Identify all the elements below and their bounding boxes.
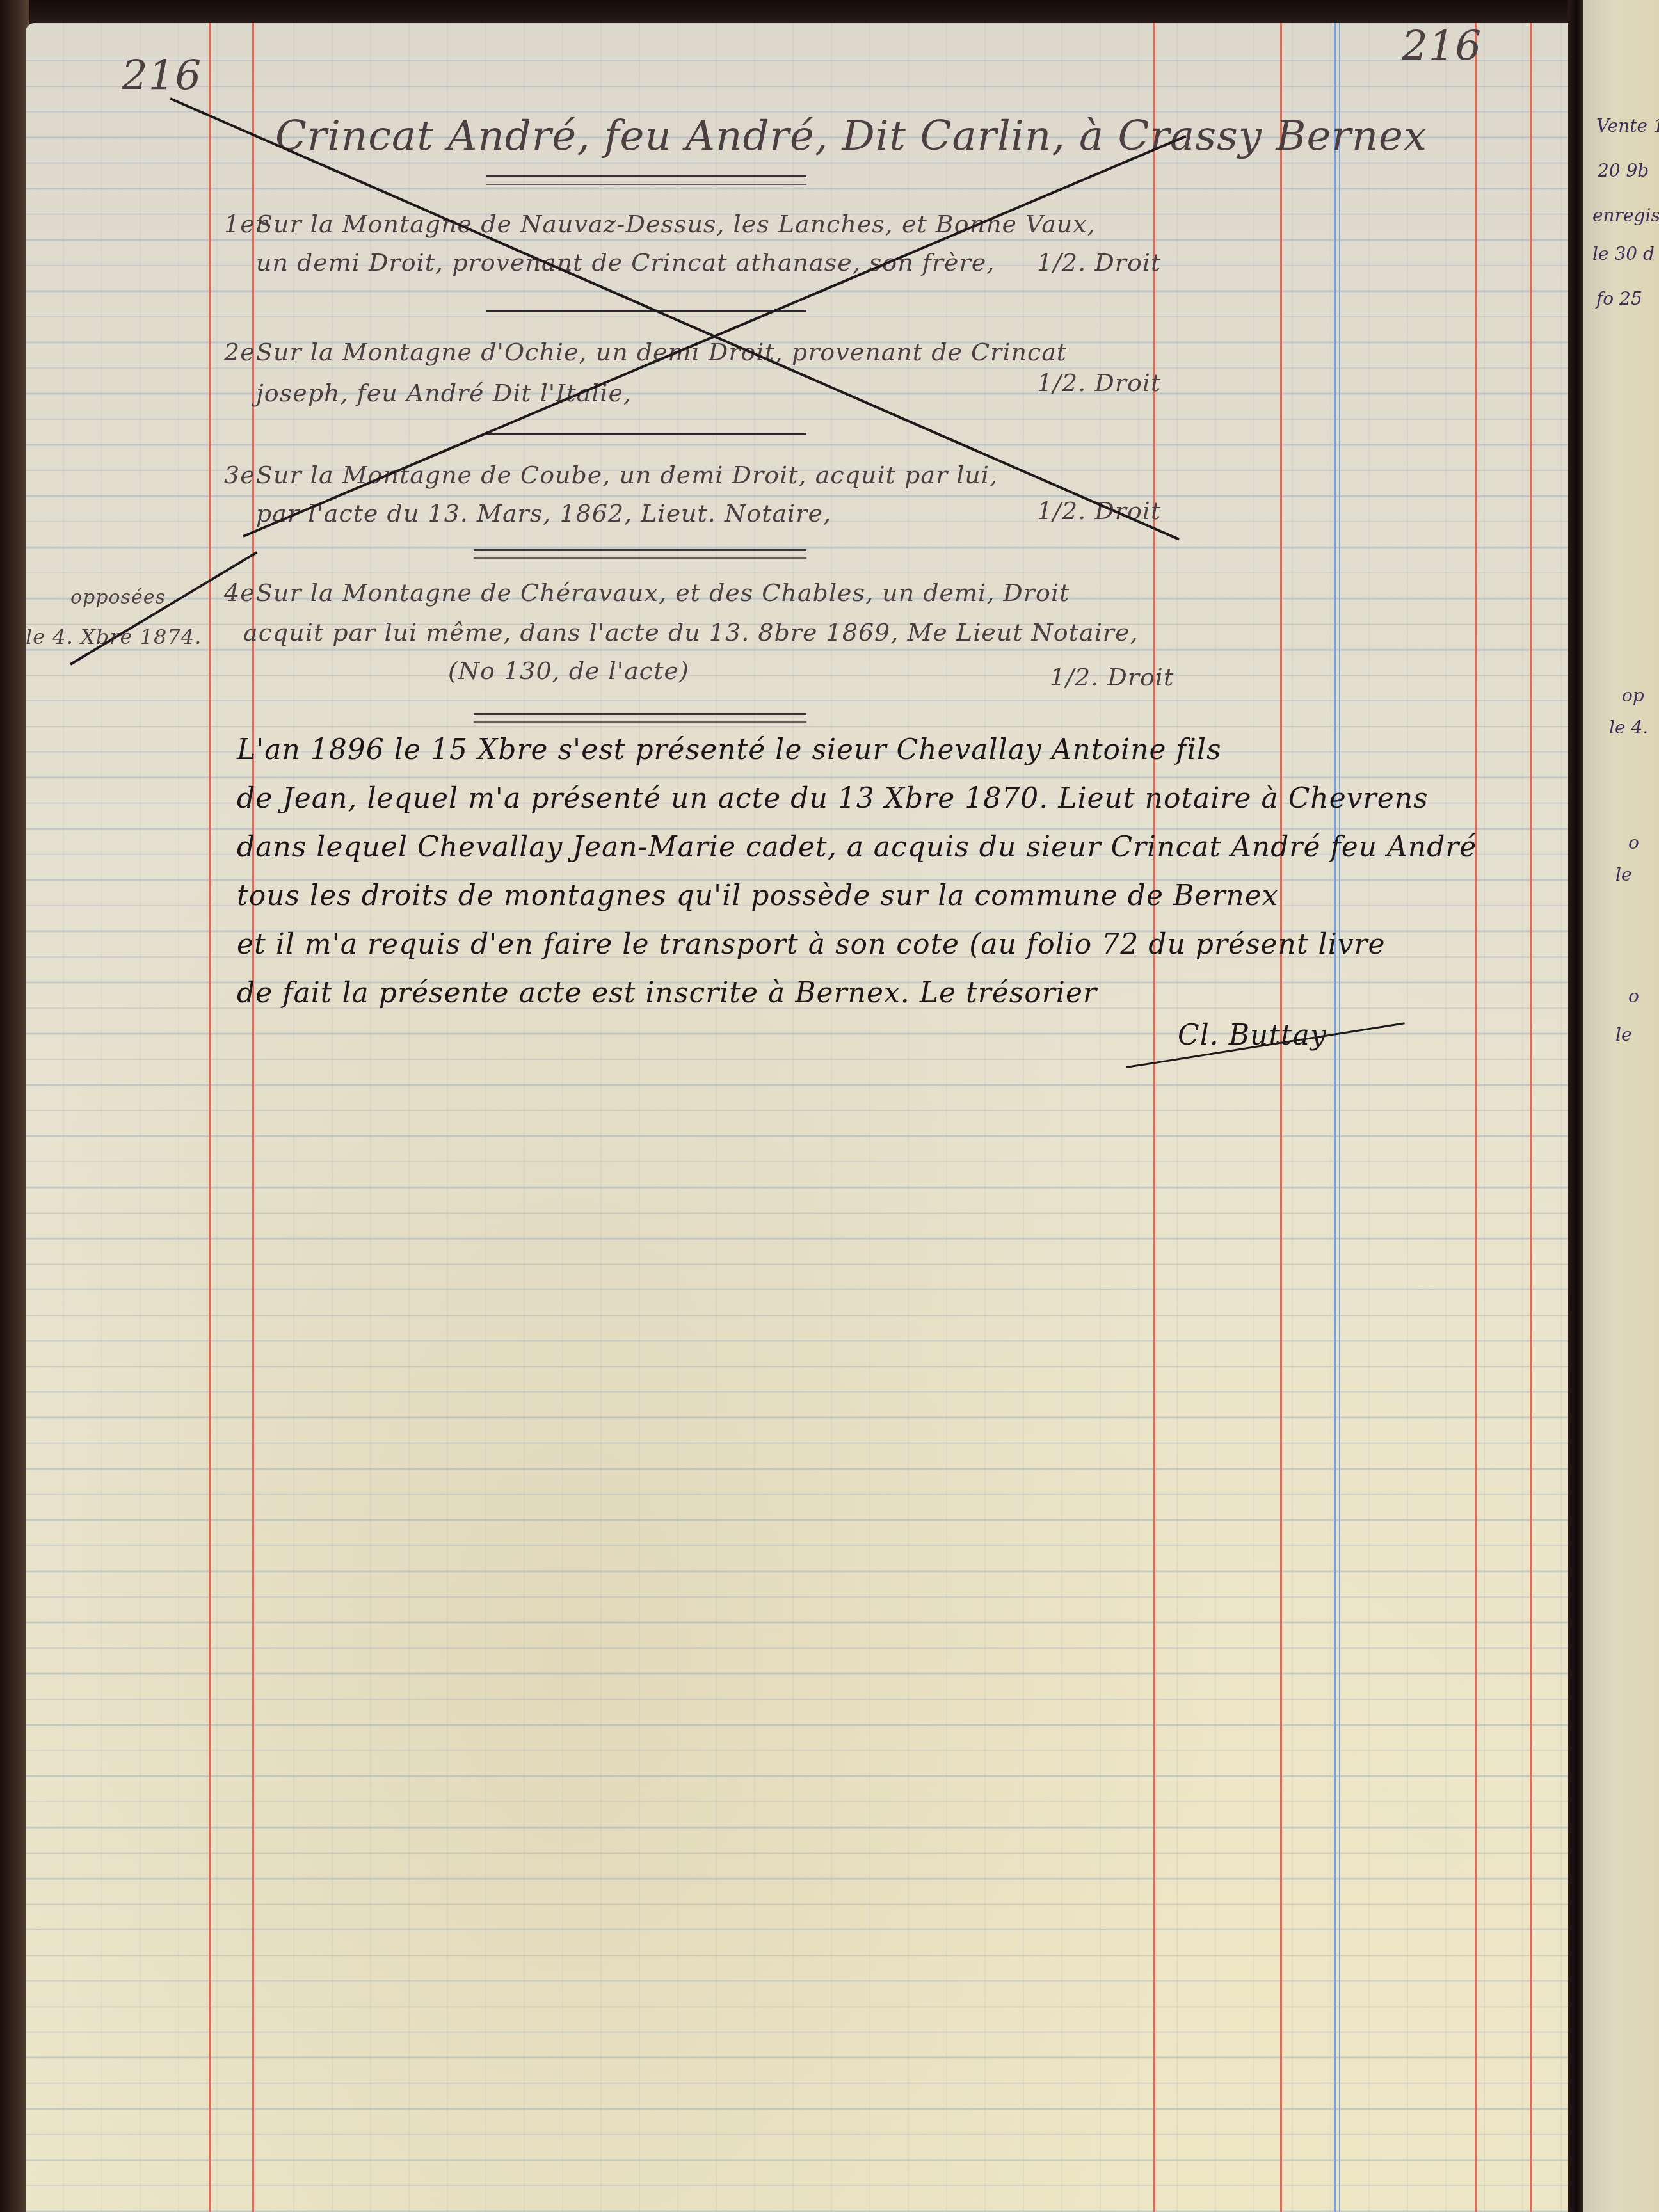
adjacent-note: o bbox=[1628, 986, 1639, 1007]
adjacent-page: Vente 1. 20 9b enregist le 30 d fo 25 op… bbox=[1583, 0, 1659, 2212]
book-top-edge bbox=[0, 0, 1659, 26]
column-rule-1 bbox=[1153, 23, 1155, 2212]
header-rule bbox=[486, 175, 806, 185]
column-rule-blue-b bbox=[1339, 23, 1340, 2212]
adjacent-note: enregist bbox=[1592, 205, 1659, 226]
adjacent-note: le bbox=[1615, 864, 1632, 885]
share-amount: 1/2. Droit bbox=[1037, 497, 1161, 525]
column-rule-4 bbox=[1530, 23, 1532, 2212]
adjacent-note: o bbox=[1628, 832, 1639, 853]
adjacent-note: le 4. bbox=[1609, 717, 1648, 738]
adjacent-note: le 30 d bbox=[1592, 243, 1655, 264]
column-rule-3 bbox=[1475, 23, 1477, 2212]
entry-number: 2e bbox=[224, 338, 255, 366]
folio-number-left: 216 bbox=[122, 52, 202, 100]
adjacent-note: 20 9b bbox=[1598, 160, 1649, 181]
margin-rule-1 bbox=[209, 23, 211, 2212]
ledger-page: 216 216 Crincat André, feu André, Dit Ca… bbox=[26, 23, 1575, 2212]
entry-line: joseph, feu André Dit l'Italie, bbox=[256, 379, 632, 407]
entry-line: (No 130, de l'acte) bbox=[448, 657, 689, 685]
entry-line: par l'acte du 13. Mars, 1862, Lieut. Not… bbox=[256, 499, 831, 527]
adjacent-note: op bbox=[1622, 685, 1644, 706]
folio-number-right: 216 bbox=[1402, 23, 1482, 70]
transfer-note-line: et il m'a requis d'en faire le transport… bbox=[237, 928, 1386, 961]
column-rule-2 bbox=[1280, 23, 1282, 2212]
entry-separator bbox=[474, 713, 806, 723]
adjacent-note: fo 25 bbox=[1596, 288, 1642, 309]
adjacent-note: Vente 1. bbox=[1596, 115, 1659, 136]
transfer-note-line: dans lequel Chevallay Jean-Marie cadet, … bbox=[237, 831, 1477, 863]
share-amount: 1/2. Droit bbox=[1050, 663, 1174, 691]
transfer-note-line: tous les droits de montagnes qu'il possè… bbox=[237, 879, 1279, 912]
column-rule-blue-a bbox=[1334, 23, 1336, 2212]
share-amount: 1/2. Droit bbox=[1037, 248, 1161, 276]
book-gutter bbox=[1568, 0, 1585, 2212]
entry-line: Sur la Montagne de Nauvaz-Dessus, les La… bbox=[256, 210, 1096, 238]
transfer-note-line: L'an 1896 le 15 Xbre s'est présenté le s… bbox=[237, 733, 1222, 766]
entry-separator bbox=[486, 433, 806, 435]
margin-note: opposées bbox=[70, 586, 166, 609]
adjacent-note: le bbox=[1615, 1024, 1632, 1045]
entry-line: acquit par lui même, dans l'acte du 13. … bbox=[243, 618, 1139, 646]
account-holder-header: Crincat André, feu André, Dit Carlin, à … bbox=[275, 113, 1427, 160]
entry-number: 3e bbox=[224, 461, 255, 489]
share-amount: 1/2. Droit bbox=[1037, 369, 1161, 397]
transfer-note-line: de Jean, lequel m'a présenté un acte du … bbox=[237, 782, 1429, 815]
entry-line: Sur la Montagne d'Ochie, un demi Droit, … bbox=[256, 338, 1067, 366]
transfer-note-line: de fait la présente acte est inscrite à … bbox=[237, 977, 1097, 1009]
entry-line: Sur la Montagne de Chéravaux, et des Cha… bbox=[256, 579, 1070, 607]
entry-separator bbox=[486, 310, 806, 312]
entry-number: 4e bbox=[224, 579, 255, 607]
entry-separator bbox=[474, 549, 806, 559]
